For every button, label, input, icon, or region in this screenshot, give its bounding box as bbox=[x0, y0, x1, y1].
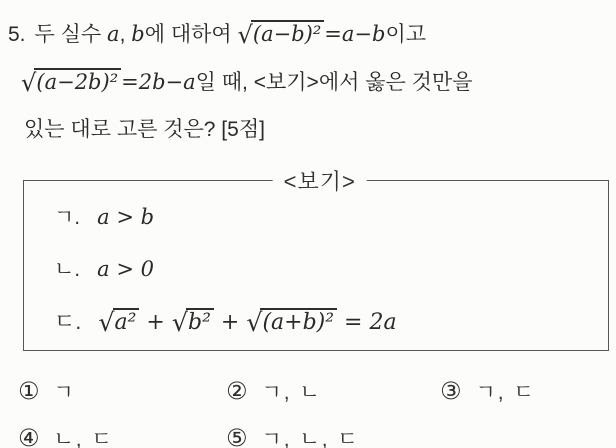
math-expression: a > b bbox=[97, 205, 154, 229]
choice-4-text: ㄴ, ㄷ bbox=[54, 423, 114, 448]
radicand: (a−2b)² bbox=[34, 68, 121, 94]
boki-box: <보기> ㄱ.a > b ㄴ.a > 0 ㄷ.√a² + √b² + √(a+b… bbox=[23, 180, 609, 351]
radical-icon: √ bbox=[246, 308, 262, 337]
choice-1-text: ㄱ bbox=[54, 376, 76, 406]
text-segment: 에 대하여 bbox=[145, 23, 238, 46]
choice-3[interactable]: ③ㄱ, ㄷ bbox=[440, 376, 610, 406]
choice-1-number: ① bbox=[18, 377, 40, 406]
radical-icon: √ bbox=[172, 308, 188, 337]
question-line-1: 5.두 실수 a, b에 대하여 √(a−b)²=a−b이고 bbox=[8, 10, 610, 58]
choice-5-text: ㄱ, ㄴ, ㄷ bbox=[262, 423, 360, 448]
item-label: ㄱ. bbox=[54, 206, 80, 229]
boki-item-g: ㄱ.a > b bbox=[54, 201, 592, 231]
radicand: (a+b)² bbox=[260, 308, 337, 335]
math-variable: b bbox=[131, 22, 144, 46]
sqrt-expression: √(a+b)² bbox=[246, 309, 337, 334]
question-number: 5. bbox=[8, 23, 26, 46]
math-variable: a bbox=[107, 22, 120, 46]
equals-expression: = 2a bbox=[337, 310, 397, 335]
plus-operator: + bbox=[214, 310, 246, 335]
choice-3-text: ㄱ, ㄷ bbox=[476, 376, 536, 406]
choice-5-number: ⑤ bbox=[226, 424, 248, 448]
radicand: b² bbox=[186, 308, 214, 335]
choice-3-number: ③ bbox=[440, 377, 462, 406]
text-segment: 이고 bbox=[385, 23, 426, 46]
question-line-2: √(a−2b)²=2b−a일 때, <보기>에서 옳은 것만을 bbox=[21, 58, 610, 106]
answer-choices: ①ㄱ ②ㄱ, ㄴ ③ㄱ, ㄷ ④ㄴ, ㄷ ⑤ㄱ, ㄴ, ㄷ bbox=[18, 376, 610, 448]
radical-icon: √ bbox=[98, 308, 114, 337]
sqrt-expression: √b² bbox=[172, 309, 214, 334]
choice-2[interactable]: ②ㄱ, ㄴ bbox=[226, 376, 440, 406]
sqrt-expression: √(a−2b)² bbox=[21, 71, 121, 94]
exam-question-page: 5.두 실수 a, b에 대하여 √(a−b)²=a−b이고 √(a−2b)²=… bbox=[0, 0, 616, 448]
text-segment: , bbox=[120, 23, 132, 46]
math-expression: a > 0 bbox=[97, 257, 154, 281]
boki-item-d: ㄷ.√a² + √b² + √(a+b)² = 2a bbox=[54, 305, 592, 336]
math-expression: =2b−a bbox=[121, 70, 196, 94]
boki-title: <보기> bbox=[273, 165, 367, 196]
choice-5[interactable]: ⑤ㄱ, ㄴ, ㄷ bbox=[226, 423, 440, 448]
radical-icon: √ bbox=[238, 21, 253, 49]
item-label: ㄴ. bbox=[54, 258, 80, 281]
choice-1[interactable]: ①ㄱ bbox=[18, 376, 226, 406]
choice-4-number: ④ bbox=[18, 424, 40, 448]
text-segment: 있는 대로 고른 것은? [5점] bbox=[24, 118, 265, 141]
math-expression: =a−b bbox=[324, 22, 385, 46]
question-text: 5.두 실수 a, b에 대하여 √(a−b)²=a−b이고 √(a−2b)²=… bbox=[8, 10, 610, 153]
choice-4[interactable]: ④ㄴ, ㄷ bbox=[18, 423, 226, 448]
text-segment: 일 때, <보기>에서 옳은 것만을 bbox=[196, 71, 473, 94]
sqrt-expression: √a² bbox=[98, 309, 139, 334]
sqrt-expression: √(a−b)² bbox=[238, 23, 325, 46]
radical-icon: √ bbox=[21, 69, 36, 97]
radicand: a² bbox=[113, 308, 140, 335]
plus-operator: + bbox=[139, 310, 171, 335]
item-label: ㄷ. bbox=[54, 309, 81, 334]
choice-2-number: ② bbox=[226, 377, 248, 406]
choice-2-text: ㄱ, ㄴ bbox=[262, 376, 322, 406]
boki-item-n: ㄴ.a > 0 bbox=[54, 253, 592, 283]
text-segment: 두 실수 bbox=[35, 23, 108, 46]
radicand: (a−b)² bbox=[251, 20, 324, 46]
question-line-3: 있는 대로 고른 것은? [5점] bbox=[24, 106, 610, 153]
